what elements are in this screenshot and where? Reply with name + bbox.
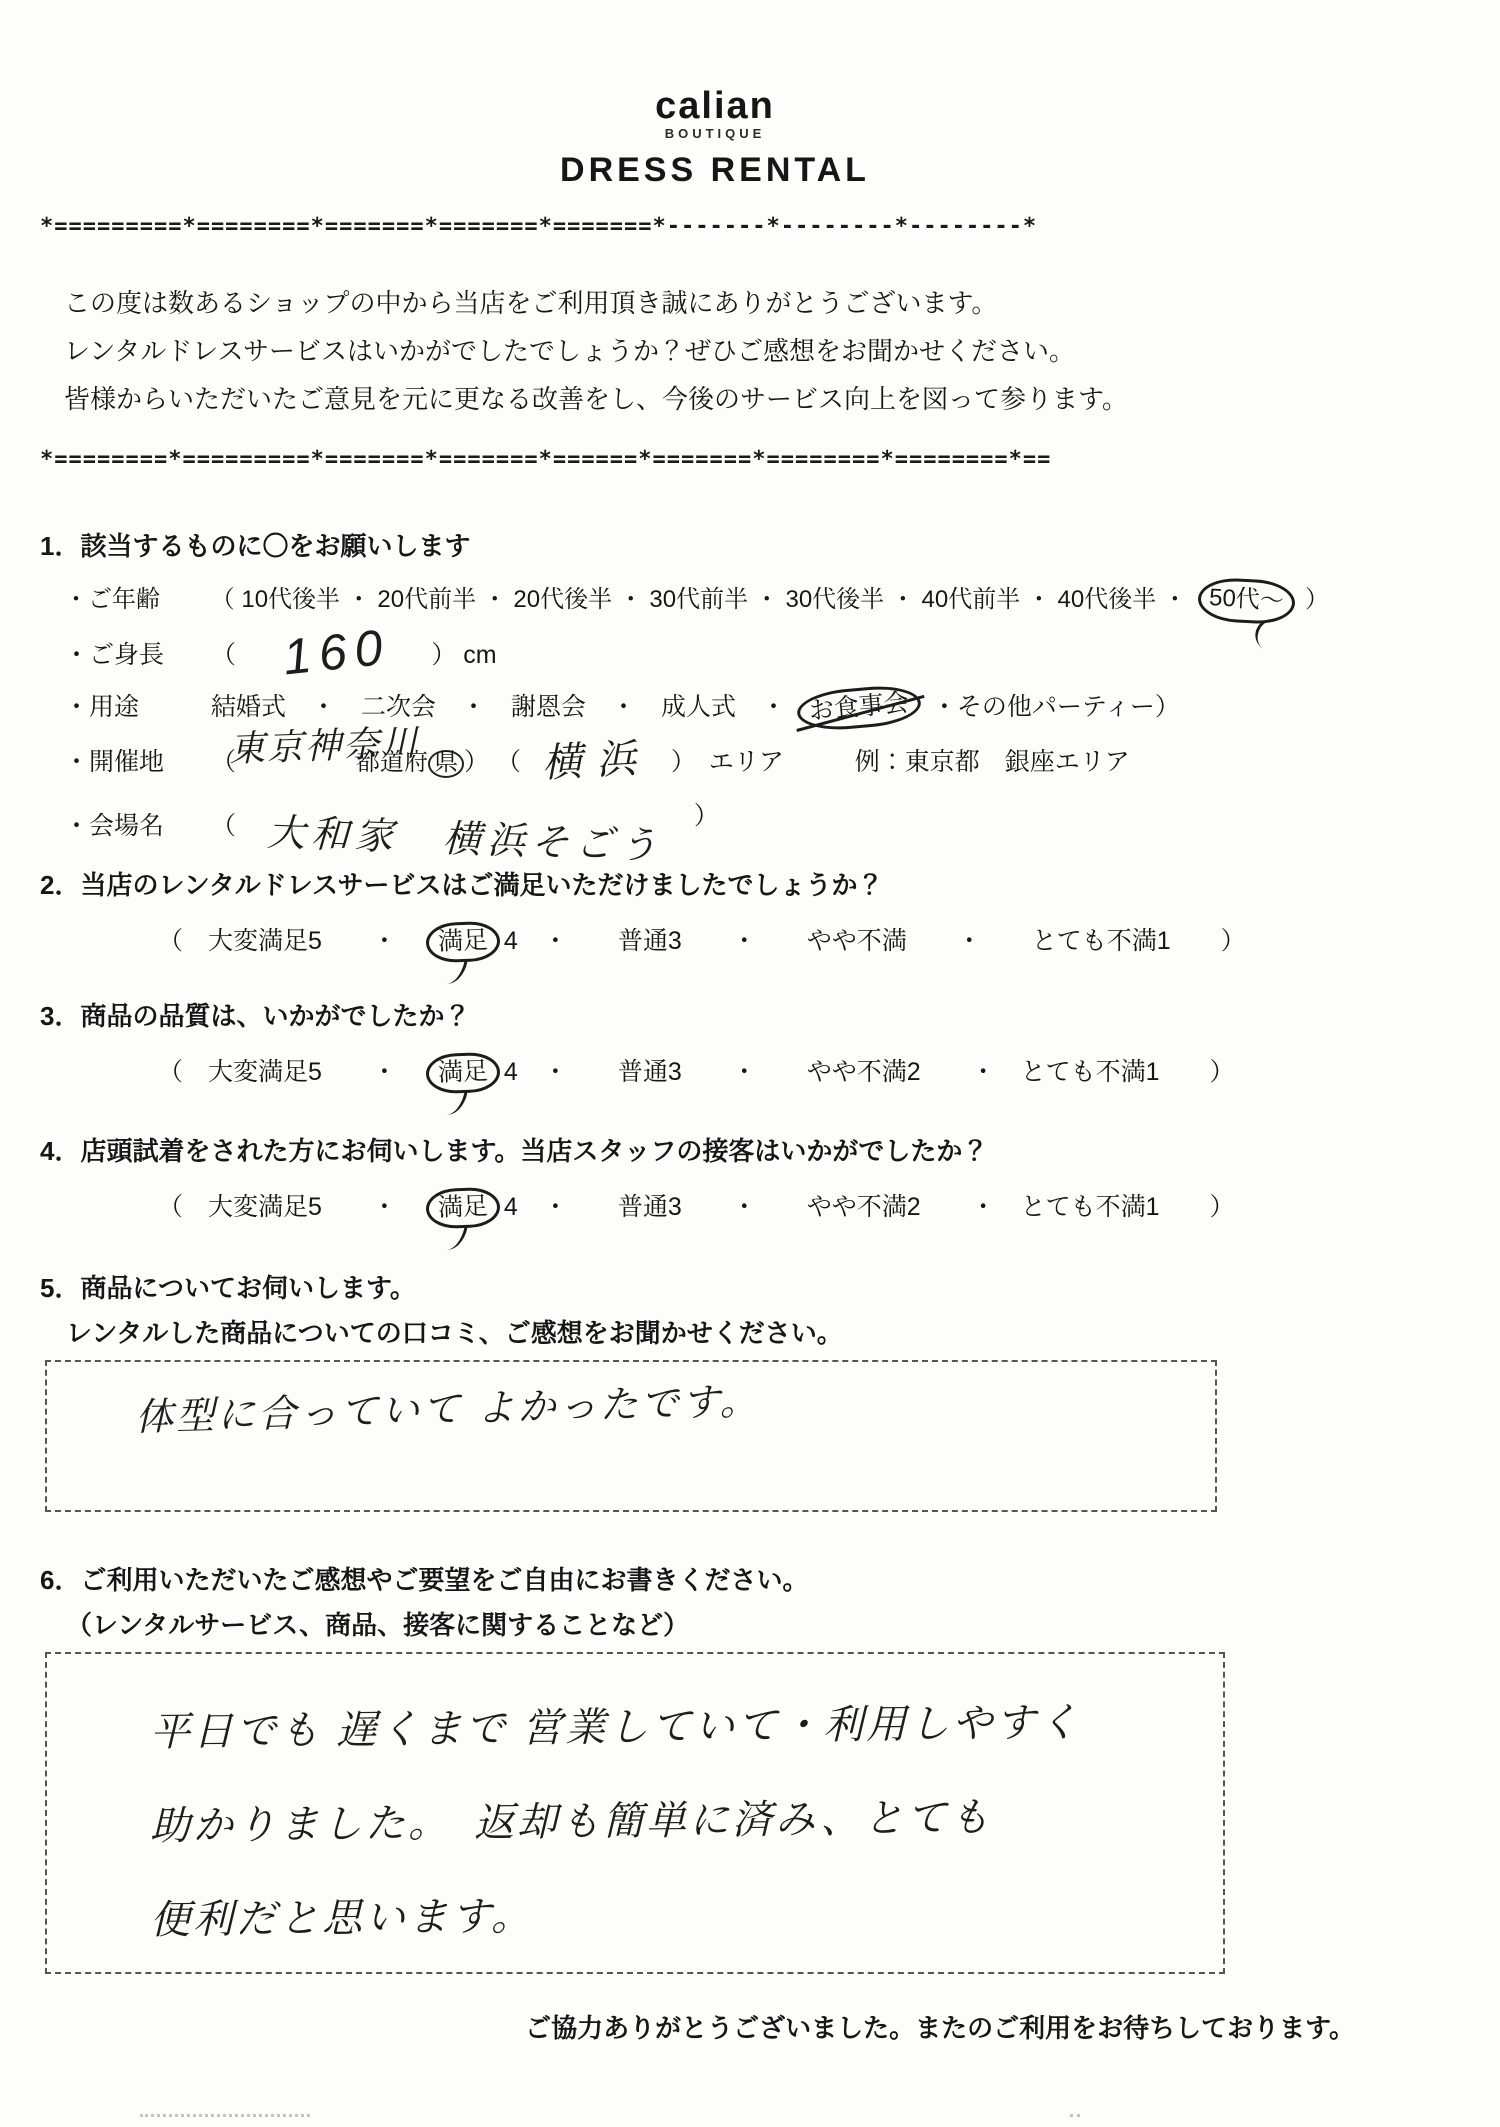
question-4: 4．店頭試着をされた方にお伺いします。当店スタッフの接客はいかがでしたか？ （ … <box>40 1131 1460 1232</box>
question-5-subheading: レンタルした商品についての口コミ、ご感想をお聞かせください。 <box>66 1313 1460 1350</box>
purpose-label: ・用途 <box>64 683 204 731</box>
prefecture-field: （都道府県） 東京神奈川 <box>211 737 489 788</box>
venue-handwritten-value: 大和家 横浜そごう <box>267 823 663 857</box>
question-1-heading: 1．該当するものに〇をお願いします <box>40 526 1460 563</box>
scan-artifact-dot <box>1070 2114 1080 2117</box>
question-2-heading: 2．当店のレンタルドレスサービスはご満足いただけましたでしょうか？ <box>40 865 1460 902</box>
question-6-handwritten-line-2: 助かりました。 返却も簡単に済み、とても <box>150 1768 1204 1873</box>
q2-selected-suffix: 4 <box>504 927 518 955</box>
age-options: 10代後半 ・ 20代前半 ・ 20代後半 ・ 30代前半 ・ 30代後半 ・ … <box>241 586 1187 613</box>
purpose-options-pre: 結婚式 ・ 二次会 ・ 謝恩会 ・ 成人式 ・ <box>211 693 786 721</box>
close-paren: ） <box>464 748 489 776</box>
scan-artifact-dots <box>140 2114 310 2117</box>
open-paren: （ <box>211 641 236 669</box>
open-paren: （ <box>211 812 236 840</box>
form-title: DRESS RENTAL <box>40 150 1390 190</box>
separator-line-top: *=========*========*=======*=======*====… <box>40 214 1460 239</box>
location-example: 例：東京都 銀座エリア <box>855 748 1130 776</box>
open-paren: （ <box>496 748 521 776</box>
close-paren: ） <box>431 641 456 669</box>
header: calian BOUTIQUE DRESS RENTAL <box>40 86 1390 190</box>
question-2: 2．当店のレンタルドレスサービスはご満足いただけましたでしょうか？ （ 大変満足… <box>40 865 1460 966</box>
question-5-heading: 5．商品についてお伺いします。 <box>40 1268 1460 1305</box>
prefecture-circled-char: 県 <box>434 749 458 776</box>
intro-line-1: この度は数あるショップの中から当店をご利用頂き誠にありがとうございます。 <box>64 279 1460 327</box>
purpose-selected-circle-mark: お食事会 <box>795 683 922 734</box>
q2-selected-option: 満足 <box>437 926 488 956</box>
brand-logo: calian <box>40 86 1390 126</box>
question-3: 3．商品の品質は、いかがでしたか？ （ 大変満足5 ・ 満足4 ・ 普通3 ・ … <box>40 996 1460 1097</box>
q2-selected-circle-mark: 満足 <box>425 921 500 964</box>
question-3-options: （ 大変満足5 ・ 満足4 ・ 普通3 ・ やや不満2 ・ とても不満1 ） <box>158 1047 1460 1097</box>
q3-selected-circle-mark: 満足 <box>425 1052 500 1095</box>
height-unit: cm <box>463 641 496 669</box>
intro-line-2: レンタルドレスサービスはいかがでしたでしょうか？ぜひご感想をお聞かせください。 <box>64 327 1460 375</box>
question-3-heading: 3．商品の品質は、いかがでしたか？ <box>40 996 1460 1033</box>
purpose-selected-option: お食事会 <box>808 689 910 726</box>
question-6-handwritten-line-3: 便利だと思います。 <box>150 1862 1204 1967</box>
q3-selected-option: 満足 <box>437 1057 488 1087</box>
q4-options-pre: （ 大変満足5 ・ <box>158 1193 422 1221</box>
height-handwritten-value: 160 <box>282 636 391 667</box>
location-row: ・開催地 （都道府県） 東京神奈川 （ 横浜 ） エリア 例：東京都 銀座エリア <box>64 737 1460 787</box>
area-suffix: エリア <box>709 748 784 776</box>
intro-paragraph: この度は数あるショップの中から当店をご利用頂き誠にありがとうございます。 レンタ… <box>64 279 1460 423</box>
q3-options-pre: （ 大変満足5 ・ <box>158 1058 422 1086</box>
q4-selected-option: 満足 <box>437 1192 488 1222</box>
question-4-heading: 4．店頭試着をされた方にお伺いします。当店スタッフの接客はいかがでしたか？ <box>40 1131 1460 1168</box>
question-2-options: （ 大変満足5 ・ 満足4 ・ 普通3 ・ やや不満 ・ とても不満1 ） <box>158 916 1460 966</box>
q3-selected-suffix: 4 <box>504 1058 518 1086</box>
question-6-handwritten-line-1: 平日でも 遅くまで 営業していて・利用しやすく <box>150 1674 1204 1779</box>
height-row: ・ご身長 （ 160 ） cm <box>64 629 1460 681</box>
close-paren: ） <box>1305 586 1329 613</box>
question-6: 6．ご利用いただいたご感想やご要望をご自由にお書きください。 （レンタルサービス… <box>40 1560 1460 1974</box>
scanned-survey-page: calian BOUTIQUE DRESS RENTAL *=========*… <box>0 0 1500 2127</box>
q4-selected-suffix: 4 <box>504 1193 518 1221</box>
q2-options-pre: （ 大変満足5 ・ <box>158 927 422 955</box>
prefecture-handwritten-value: 東京神奈川 <box>228 718 420 775</box>
close-paren: ） <box>671 748 696 776</box>
intro-line-3: 皆様からいただいたご意見を元に更なる改善をし、今後のサービス向上を図って参ります… <box>64 375 1460 423</box>
venue-row: ・会場名 （ 大和家 横浜そごう ） <box>64 795 1460 837</box>
q4-options-post: ・ 普通3 ・ やや不満2 ・ とても不満1 ） <box>518 1193 1235 1221</box>
question-6-answer-box: 平日でも 遅くまで 営業していて・利用しやすく 助かりました。 返却も簡単に済み… <box>45 1652 1225 1974</box>
open-paren: （ <box>211 586 235 613</box>
q3-options-post: ・ 普通3 ・ やや不満2 ・ とても不満1 ） <box>518 1058 1235 1086</box>
brand-logo-subtitle: BOUTIQUE <box>40 126 1390 142</box>
purpose-options-post: ・その他パーティー） <box>932 693 1180 721</box>
question-6-subheading: （レンタルサービス、商品、接客に関することなど） <box>66 1605 1460 1642</box>
area-handwritten-value: 横浜 <box>541 748 650 774</box>
age-selected-option: 50代～ <box>1208 584 1284 615</box>
question-6-heading: 6．ご利用いただいたご感想やご要望をご自由にお書きください。 <box>40 1560 1460 1597</box>
age-label: ・ご年齢 <box>64 577 204 623</box>
location-label: ・開催地 <box>64 737 204 787</box>
question-5-handwritten-answer: 体型に合っていて よかったです。 <box>134 1370 761 1441</box>
age-selected-circle-mark: 50代～ <box>1196 576 1295 625</box>
close-paren: ） <box>694 795 719 837</box>
q4-selected-circle-mark: 満足 <box>425 1187 500 1230</box>
question-1: 1．該当するものに〇をお願いします ・ご年齢 （ 10代後半 ・ 20代前半 ・… <box>40 526 1460 837</box>
height-label: ・ご身長 <box>64 629 204 681</box>
venue-label: ・会場名 <box>64 805 204 847</box>
question-5: 5．商品についてお伺いします。 レンタルした商品についての口コミ、ご感想をお聞か… <box>40 1268 1460 1512</box>
question-4-options: （ 大変満足5 ・ 満足4 ・ 普通3 ・ やや不満2 ・ とても不満1 ） <box>158 1182 1460 1232</box>
q2-options-post: ・ 普通3 ・ やや不満 ・ とても不満1 ） <box>518 927 1246 955</box>
prefecture-circle-mark: 県 <box>428 750 464 778</box>
footer-thanks-message: ご協力ありがとうございました。またのご利用をお待ちしております。 <box>40 2008 1460 2045</box>
separator-line-bottom: *========*=========*=======*=======*====… <box>40 447 1460 472</box>
age-row: ・ご年齢 （ 10代後半 ・ 20代前半 ・ 20代後半 ・ 30代前半 ・ 3… <box>64 577 1460 623</box>
question-5-answer-box: 体型に合っていて よかったです。 <box>45 1360 1217 1512</box>
